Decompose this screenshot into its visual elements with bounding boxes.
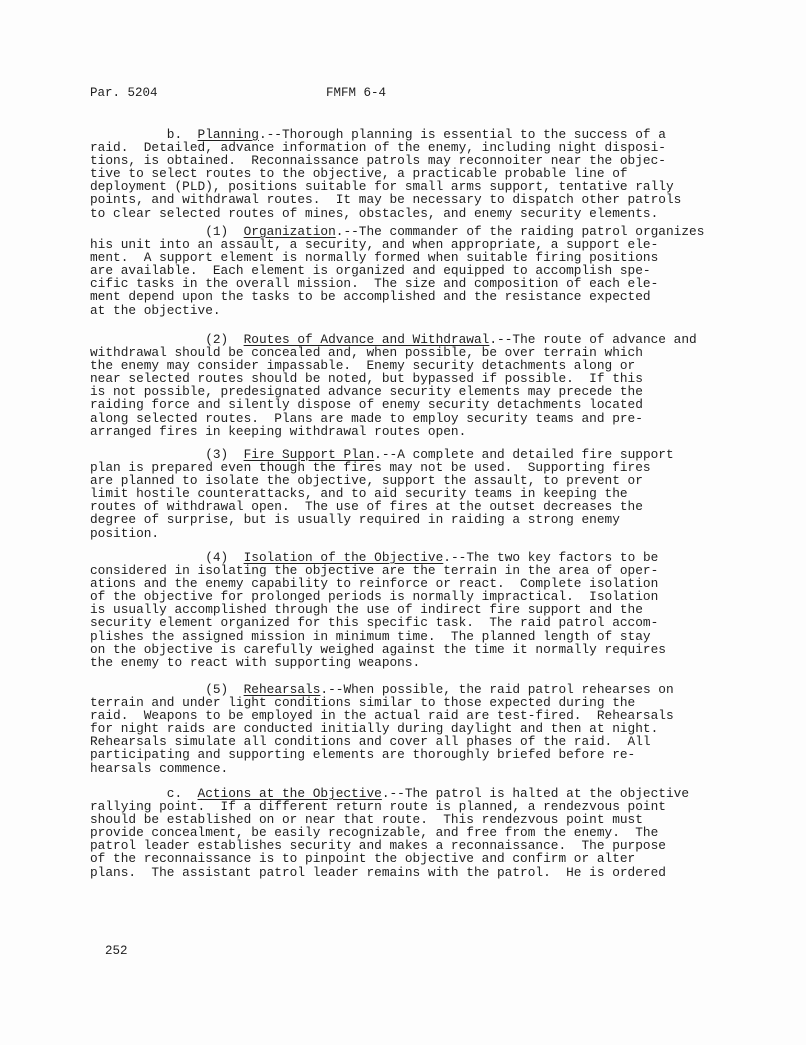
- text-line: hearsals commence.: [90, 762, 730, 775]
- text-line: at the objective.: [90, 304, 730, 317]
- section-b-planning: b. Planning.--Thorough planning is essen…: [90, 128, 730, 220]
- text-line: degree of surprise, but is usually requi…: [90, 513, 730, 526]
- text-line: position.: [90, 527, 730, 540]
- text-line: ment depend upon the tasks to be accompl…: [90, 290, 730, 303]
- section-4-isolation: (4) Isolation of the Objective.--The two…: [90, 551, 730, 669]
- section-2-routes: (2) Routes of Advance and Withdrawal.--T…: [90, 333, 730, 438]
- document-page: Par. 5204 FMFM 6-4 b. Planning.--Thoroug…: [0, 0, 806, 1045]
- section-c-actions: c. Actions at the Objective.--The patrol…: [90, 787, 730, 879]
- text-line: arranged fires in keeping withdrawal rou…: [90, 425, 730, 438]
- text-line: to clear selected routes of mines, obsta…: [90, 207, 730, 220]
- text-line: along selected routes. Plans are made to…: [90, 412, 730, 425]
- text-line: on the objective is carefully weighed ag…: [90, 643, 730, 656]
- paragraph-reference: Par. 5204: [90, 86, 158, 100]
- text-line: security element organized for this spec…: [90, 616, 730, 629]
- section-5-rehearsals: (5) Rehearsals.--When possible, the raid…: [90, 683, 730, 775]
- section-1-organization: (1) Organization.--The commander of the …: [90, 225, 730, 317]
- text-line: plishes the assigned mission in minimum …: [90, 630, 730, 643]
- text-line: points, and withdrawal routes. It may be…: [90, 193, 730, 206]
- section-3-fire-support: (3) Fire Support Plan.--A complete and d…: [90, 448, 730, 540]
- manual-identifier: FMFM 6-4: [326, 86, 386, 100]
- text-line: of the reconnaissance is to pinpoint the…: [90, 852, 730, 865]
- text-line: raiding force and silently dispose of en…: [90, 398, 730, 411]
- text-line: the enemy to react with supporting weapo…: [90, 656, 730, 669]
- page-number: 252: [105, 944, 128, 958]
- text-line: plans. The assistant patrol leader remai…: [90, 866, 730, 879]
- text-line: participating and supporting elements ar…: [90, 748, 730, 761]
